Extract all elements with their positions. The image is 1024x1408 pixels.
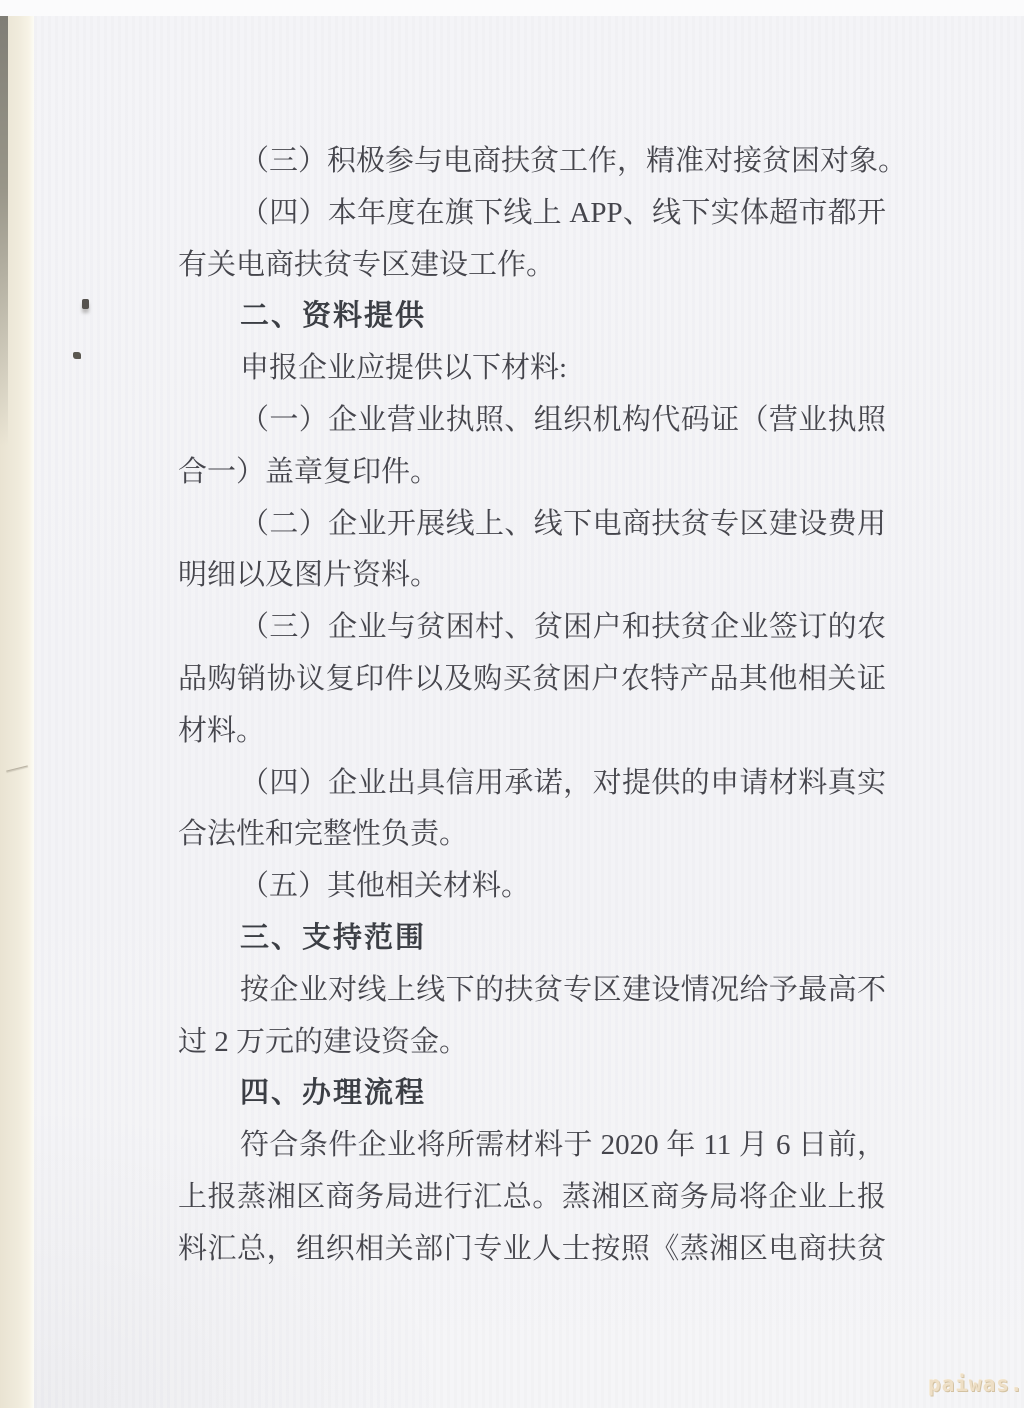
- ink-speck: [73, 352, 81, 359]
- text-line: 过 2 万元的建设资金。: [178, 1017, 886, 1069]
- text-line: 料汇总，组织相关部门专业人士按照《蒸湘区电商扶贫专区: [178, 1224, 886, 1276]
- section-heading: 二、资料提供: [178, 291, 886, 343]
- document-body-text: （三）积极参与电商扶贫工作，精准对接贫困对象。（四）本年度在旗下线上 APP、线…: [178, 136, 886, 1276]
- text-line: 合法性和完整性负责。: [178, 809, 886, 861]
- text-line: 品购销协议复印件以及购买贫困户农特产品其他相关证明: [178, 654, 886, 706]
- text-line: 上报蒸湘区商务局进行汇总。蒸湘区商务局将企业上报的资: [178, 1172, 886, 1224]
- text-line: 按企业对线上线下的扶贫专区建设情况给予最高不超: [178, 965, 886, 1017]
- text-line: 材料。: [178, 706, 886, 758]
- scan-edge-shadow: [0, 16, 8, 446]
- text-line: （四）本年度在旗下线上 APP、线下实体超市都开展了: [178, 188, 886, 240]
- scanned-document-page: （三）积极参与电商扶贫工作，精准对接贫困对象。（四）本年度在旗下线上 APP、线…: [0, 0, 1024, 1408]
- text-line: （五）其他相关材料。: [178, 861, 886, 913]
- text-line: 明细以及图片资料。: [178, 550, 886, 602]
- ink-speck: [82, 299, 89, 309]
- section-heading: 四、办理流程: [178, 1068, 886, 1120]
- text-line: （三）积极参与电商扶贫工作，精准对接贫困对象。: [178, 136, 886, 188]
- watermark: paiwas.com: [928, 1372, 1024, 1396]
- text-line: （四）企业出具信用承诺，对提供的申请材料真实性、: [178, 758, 886, 810]
- section-heading: 三、支持范围: [178, 913, 886, 965]
- text-line: （一）企业营业执照、组织机构代码证（营业执照三证: [178, 395, 886, 447]
- text-line: 符合条件企业将所需材料于 2020 年 11 月 6 日前，统一: [178, 1120, 886, 1172]
- text-line: 合一）盖章复印件。: [178, 447, 886, 499]
- text-line: （三）企业与贫困村、贫困户和扶贫企业签订的农特产: [178, 602, 886, 654]
- text-line: 有关电商扶贫专区建设工作。: [178, 240, 886, 292]
- text-line: 申报企业应提供以下材料:: [178, 343, 886, 395]
- text-line: （二）企业开展线上、线下电商扶贫专区建设费用支出: [178, 499, 886, 551]
